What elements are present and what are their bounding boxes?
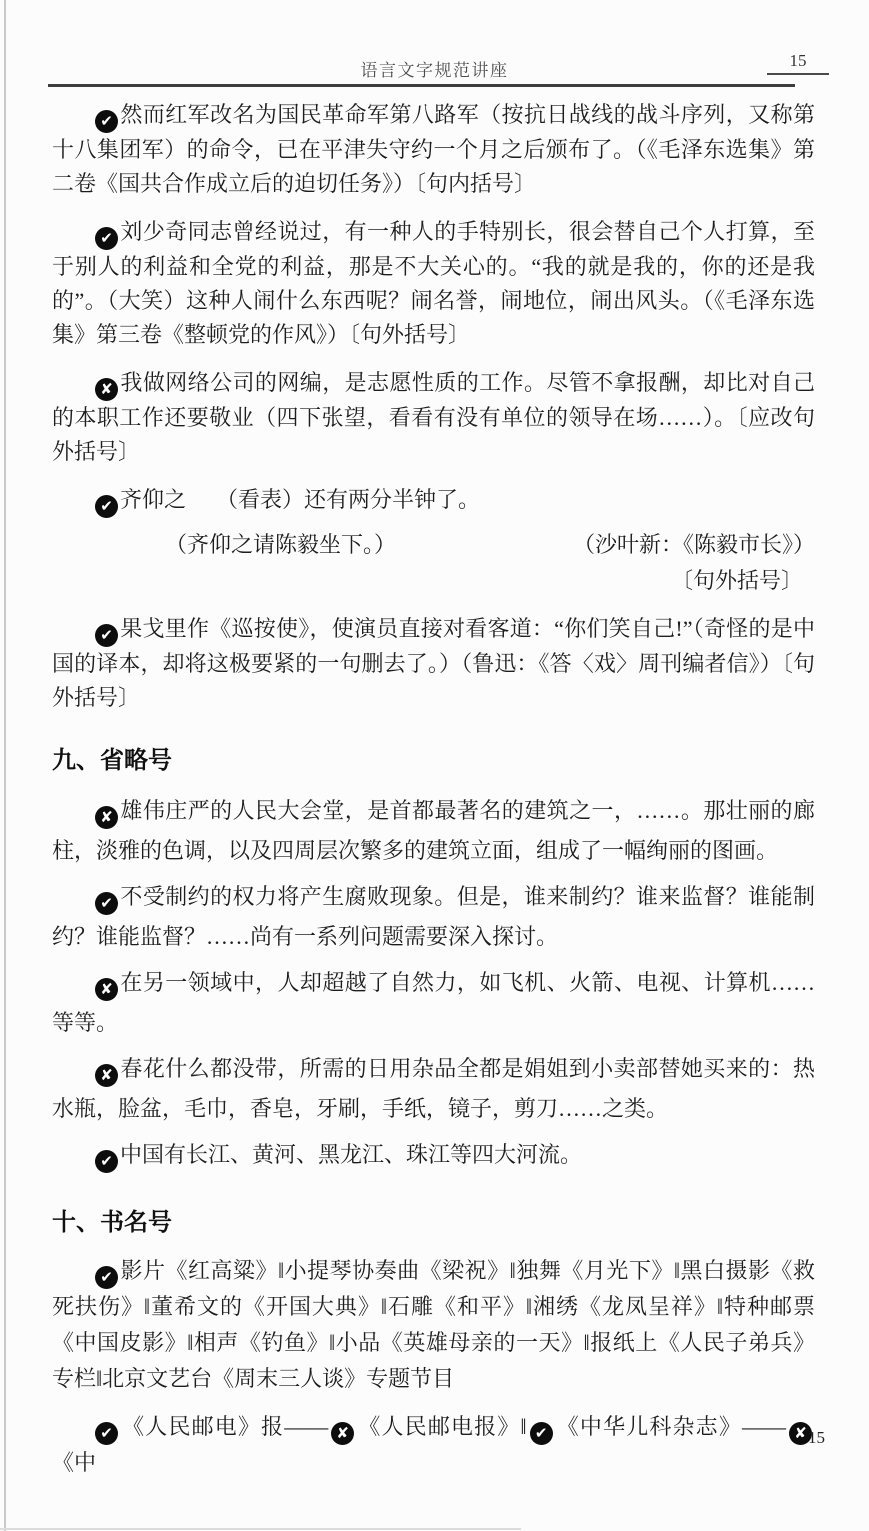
example-paragraph-web-editor: ✘我做网络公司的网编，是志愿性质的工作。尽管不拿报酬，却比对自己的本职工作还要敬… [52,366,815,469]
example-paragraph-machines: ✘在另一领域中，人却超越了自然力，如飞机、火箭、电视、计算机……等等。 [52,963,815,1043]
example-paragraph-gogol: ✔果戈里作《巡按使》，使演员直接对看客道：“你们笑自己!”（奇怪的是中国的译本，… [52,612,815,715]
dialog-source: （沙叶新：《陈毅市长》） [573,528,815,562]
paragraph-text: 我做网络公司的网编，是志愿性质的工作。尽管不拿报酬，却比对自己的本职工作还要敬业… [52,370,815,464]
cross-icon: ✘ [95,978,118,1001]
check-icon: ✔ [95,892,118,915]
paragraph-text: 雄伟庄严的人民大会堂，是首都最著名的建筑之一，……。那壮丽的廊柱，淡雅的色调，以… [52,798,815,863]
segment-text: 《人民邮电》报—— [121,1414,328,1439]
paragraph-text: 然而红军改名为国民革命军第八路军（按抗日战线的战斗序列，又称第十八集团军）的命令… [52,102,815,196]
dialog-note-line: 〔句外括号〕 [52,564,815,598]
check-icon: ✔ [95,110,118,133]
stage-direction: （齐仰之请陈毅坐下。） [165,528,396,562]
paragraph-text: 春花什么都没带，所需的日用杂品全都是娟姐到小卖部替她买来的：热水瓶，脸盆，毛巾，… [52,1056,815,1121]
check-icon: ✔ [95,624,118,647]
example-paragraph-great-hall: ✘雄伟庄严的人民大会堂，是首都最著名的建筑之一，……。那壮丽的廊柱，淡雅的色调，… [52,791,815,871]
segment-text: 《人民邮电报》‖ [357,1414,526,1439]
check-icon: ✔ [95,1422,118,1445]
example-paragraph-power: ✔不受制约的权力将产生腐败现象。但是，谁来制约？谁来监督？谁能制约？谁能监督？…… [52,877,815,957]
paragraph-text: 刘少奇同志曾经说过，有一种人的手特别长，很会替自己个人打算，至于别人的利益和全党… [52,219,815,347]
dialog-speaker: 齐仰之 [120,487,186,512]
check-icon: ✔ [95,227,118,250]
dialog-note: 〔句外括号〕 [671,568,803,593]
paragraph-text: 影片《红高粱》‖小提琴协奏曲《梁祝》‖独舞《月光下》‖黑白摄影《救死扶伤》‖董希… [52,1258,815,1391]
check-icon: ✔ [530,1422,553,1445]
paragraph-text: 果戈里作《巡按使》，使演员直接对看客道：“你们笑自己!”（奇怪的是中国的译本，却… [52,616,815,710]
running-title: 语言文字规范讲座 [0,56,869,81]
dialog-text: （看表）还有两分半钟了。 [216,487,480,512]
paragraph-text: 不受制约的权力将产生腐败现象。但是，谁来制约？谁来监督？谁能制约？谁能监督？……… [52,884,815,949]
header-rule [48,84,795,87]
footer-page-number: 15 [808,1428,825,1448]
cross-icon: ✘ [95,378,118,401]
paragraph-text: 在另一领域中，人却超越了自然力，如飞机、火箭、电视、计算机……等等。 [52,970,815,1035]
paragraph-text: 中国有长江、黄河、黑龙江、珠江等四大河流。 [120,1142,582,1167]
example-dialog-qiyangzhi: ✔齐仰之（看表）还有两分半钟了。 （齐仰之请陈毅坐下。） （沙叶新：《陈毅市长》… [52,483,815,598]
check-icon: ✔ [95,1150,118,1173]
header-page-number: 15 [767,51,829,75]
page-bottom-edge-line [0,1528,521,1530]
segment-text: 《中华儿科杂志》—— [556,1414,786,1439]
segment-text: 《中 [52,1450,96,1475]
cross-icon: ✘ [95,1064,118,1087]
dialog-stage-line: （齐仰之请陈毅坐下。） （沙叶新：《陈毅市长》） [52,528,815,562]
example-paragraph-rivers: ✔中国有长江、黄河、黑龙江、珠江等四大河流。 [52,1135,815,1175]
cross-icon: ✘ [331,1422,354,1445]
section-heading-book-title-marks: 十、书名号 [52,1207,815,1237]
document-body: ✔然而红军改名为国民革命军第八路军（按抗日战线的战斗序列，又称第十八集团军）的命… [52,98,815,1481]
check-icon: ✔ [95,1266,118,1289]
example-paragraph-liushaoqi: ✔刘少奇同志曾经说过，有一种人的手特别长，很会替自己个人打算，至于别人的利益和全… [52,215,815,352]
page-left-edge-line [4,0,6,1531]
check-icon: ✔ [95,495,118,518]
cross-icon: ✘ [95,806,118,829]
section-heading-ellipsis: 九、省略号 [52,745,815,775]
page-header: 语言文字规范讲座 15 [0,0,869,88]
example-paragraph-book-titles: ✔影片《红高粱》‖小提琴协奏曲《梁祝》‖独舞《月光下》‖黑白摄影《救死扶伤》‖董… [52,1253,815,1397]
example-paragraph-chunhua: ✘春花什么都没带，所需的日用杂品全都是娟姐到小卖部替她买来的：热水瓶，脸盆，毛巾… [52,1049,815,1129]
example-line-newspaper-names: ✔《人民邮电》报——✘《人民邮电报》‖✔《中华儿科杂志》——✘《中 [52,1409,815,1481]
example-paragraph-bracket-inside: ✔然而红军改名为国民革命军第八路军（按抗日战线的战斗序列，又称第十八集团军）的命… [52,98,815,201]
dialog-line: ✔齐仰之（看表）还有两分半钟了。 [52,483,815,518]
document-page: 语言文字规范讲座 15 ✔然而红军改名为国民革命军第八路军（按抗日战线的战斗序列… [0,0,869,1531]
